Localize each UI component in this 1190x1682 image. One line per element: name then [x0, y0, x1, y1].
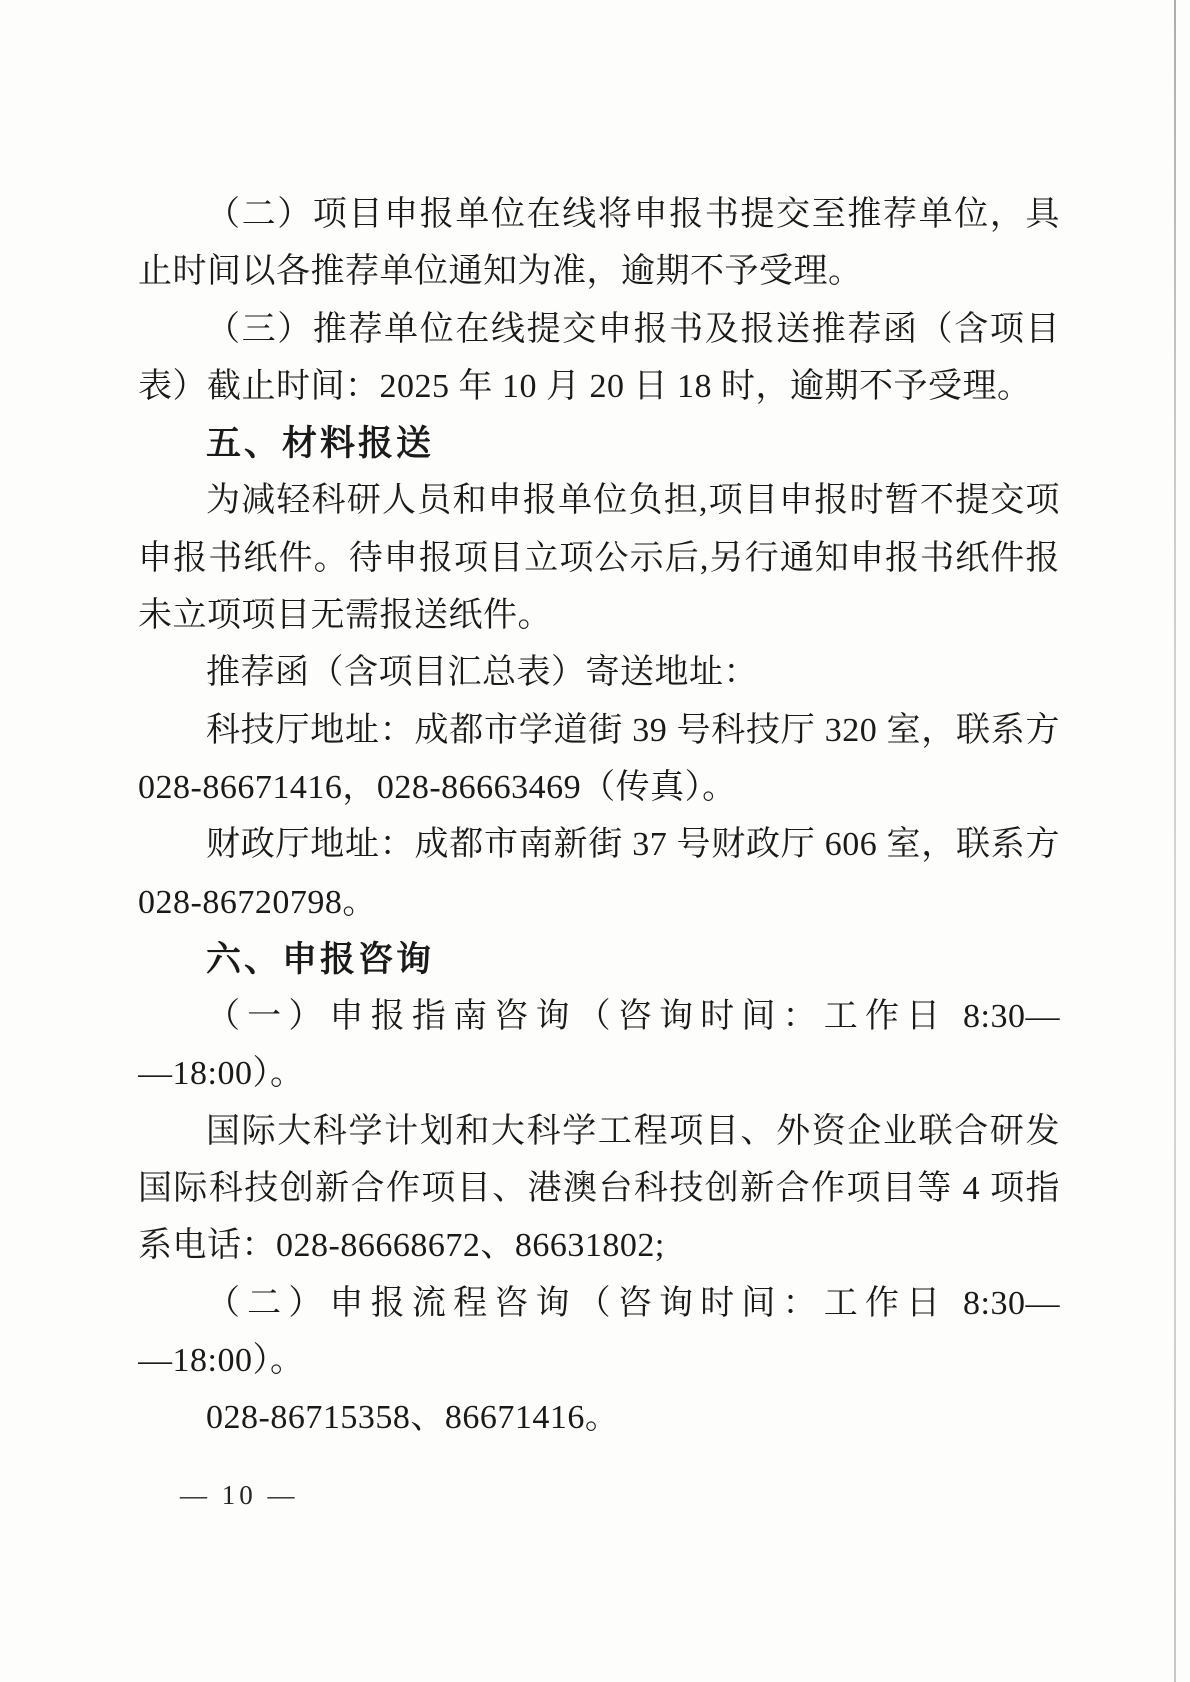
text-line: （二）申报流程咨询（咨询时间：工作日 8:30—12:00,14:00	[138, 1275, 1060, 1332]
text-line: —18:00）。	[138, 1332, 1060, 1389]
text-line: （三）推荐单位在线提交申报书及报送推荐函（含项目汇总	[138, 301, 1060, 358]
section-heading-materials: 五、材料报送	[138, 415, 1060, 472]
page-number: — 10 —	[180, 1478, 299, 1512]
scan-edge-artifact	[1174, 0, 1176, 1682]
text-line: 未立项项目无需报送纸件。	[138, 587, 1060, 644]
text-line: 推荐函（含项目汇总表）寄送地址：	[138, 644, 1060, 701]
text-line: 为减轻科研人员和申报单位负担,项目申报时暂不提交项目	[138, 472, 1060, 529]
text-line: 止时间以各推荐单位通知为准，逾期不予受理。	[138, 243, 1060, 300]
text-line: 028-86715358、86671416。	[138, 1389, 1060, 1446]
text-line: 系电话：028-86668672、86631802;	[138, 1217, 1060, 1274]
text-line: 028-86720798。	[138, 874, 1060, 931]
section-heading-consultation: 六、申报咨询	[138, 931, 1060, 988]
text-line: （二）项目申报单位在线将申报书提交至推荐单位，具体截	[138, 186, 1060, 243]
text-line: 国际大科学计划和大科学工程项目、外资企业联合研发项目、	[138, 1103, 1060, 1160]
text-line: 财政厅地址：成都市南新街 37 号财政厅 606 室，联系方式	[138, 816, 1060, 873]
text-line: （一）申报指南咨询（咨询时间：工作日 8:30—12:00,14:00	[138, 988, 1060, 1045]
text-line: 028-86671416，028-86663469（传真）。	[138, 759, 1060, 816]
document-body: （二）项目申报单位在线将申报书提交至推荐单位，具体截 止时间以各推荐单位通知为准…	[138, 186, 1060, 1447]
text-line: —18:00）。	[138, 1045, 1060, 1102]
scanned-document-page: （二）项目申报单位在线将申报书提交至推荐单位，具体截 止时间以各推荐单位通知为准…	[0, 0, 1190, 1682]
text-line: 国际科技创新合作项目、港澳台科技创新合作项目等 4 项指南联	[138, 1160, 1060, 1217]
text-line: 申报书纸件。待申报项目立项公示后,另行通知申报书纸件报送。	[138, 530, 1060, 587]
text-line: 表）截止时间：2025 年 10 月 20 日 18 时，逾期不予受理。	[138, 358, 1060, 415]
text-line: 科技厅地址：成都市学道街 39 号科技厅 320 室，联系方式：	[138, 702, 1060, 759]
